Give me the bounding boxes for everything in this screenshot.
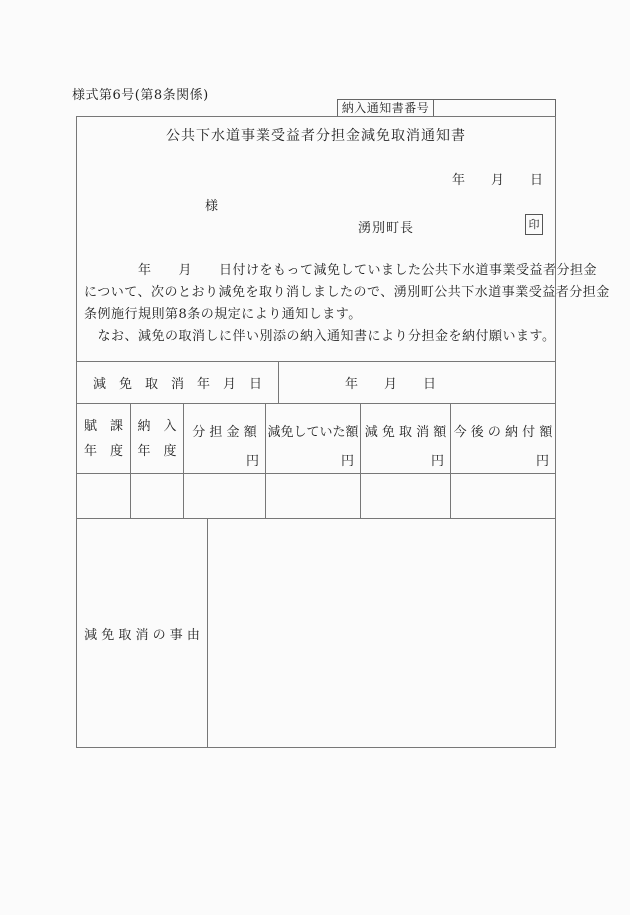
notice-number-value bbox=[434, 100, 555, 116]
body-line: なお、減免の取消しに伴い別添の納入通知書により分担金を納付願います。 bbox=[84, 326, 551, 348]
header-label: 減免していた額 bbox=[266, 404, 360, 453]
header-exempted-amount-cell: 減免していた額 円 bbox=[265, 403, 360, 473]
header-label: 分 担 金 額 bbox=[184, 404, 265, 453]
header-line: 年 度 bbox=[137, 439, 176, 464]
header-cancelled-amount-cell: 減 免 取 消 額 円 bbox=[360, 403, 450, 473]
notice-number-box: 納入通知書番号 bbox=[337, 99, 556, 117]
header-line: 納 入 bbox=[137, 414, 176, 439]
data-cell-contribution-amount bbox=[183, 473, 265, 518]
yen-unit: 円 bbox=[184, 453, 265, 473]
header-future-payment-cell: 今 後 の 納 付 額 円 bbox=[450, 403, 555, 473]
header-fiscal-year-cell: 賦 課 年 度 bbox=[77, 403, 130, 473]
header-payment-year-cell: 納 入 年 度 bbox=[130, 403, 183, 473]
cancel-date-value-cell: 年 月 日 bbox=[278, 361, 555, 403]
data-cell-cancelled-amount bbox=[360, 473, 450, 518]
notice-form-box: 公共下水道事業受益者分担金減免取消通知書 年 月 日 様 湧別町長 印 年 月 … bbox=[76, 116, 556, 748]
header-contribution-amount-cell: 分 担 金 額 円 bbox=[183, 403, 265, 473]
issue-date-line: 年 月 日 bbox=[452, 169, 543, 188]
seal-box: 印 bbox=[525, 214, 543, 235]
document-page: 様式第6号(第8条関係) 納入通知書番号 公共下水道事業受益者分担金減免取消通知… bbox=[0, 0, 630, 915]
reason-value-cell bbox=[207, 518, 555, 747]
form-number-label: 様式第6号(第8条関係) bbox=[72, 84, 209, 103]
body-line: 年 月 日付けをもって減免していました公共下水道事業受益者分担金 bbox=[84, 260, 551, 282]
data-cell-payment-year bbox=[130, 473, 183, 518]
header-label: 今 後 の 納 付 額 bbox=[451, 404, 555, 453]
notice-number-label: 納入通知書番号 bbox=[338, 100, 434, 116]
body-line: について、次のとおり減免を取り消しましたので、湧別町公共下水道事業受益者分担金 bbox=[84, 282, 551, 304]
issuer-name: 湧別町長 bbox=[358, 217, 414, 236]
cancel-date-label-cell: 減 免 取 消 年 月 日 bbox=[77, 361, 278, 403]
header-line: 年 度 bbox=[84, 439, 123, 464]
addressee-suffix: 様 bbox=[205, 195, 218, 214]
data-cell-exempted-amount bbox=[265, 473, 360, 518]
yen-unit: 円 bbox=[361, 453, 450, 473]
data-cell-fiscal-year bbox=[77, 473, 130, 518]
yen-unit: 円 bbox=[451, 453, 555, 473]
reason-label-cell: 減 免 取 消 の 事 由 bbox=[77, 518, 207, 747]
header-line: 賦 課 bbox=[84, 414, 123, 439]
yen-unit: 円 bbox=[266, 453, 360, 473]
body-paragraph: 年 月 日付けをもって減免していました公共下水道事業受益者分担金 について、次の… bbox=[84, 260, 551, 348]
body-line: 条例施行規則第8条の規定により通知します。 bbox=[84, 304, 551, 326]
data-cell-future-payment bbox=[450, 473, 555, 518]
header-label: 減 免 取 消 額 bbox=[361, 404, 450, 453]
document-title: 公共下水道事業受益者分担金減免取消通知書 bbox=[77, 125, 555, 145]
